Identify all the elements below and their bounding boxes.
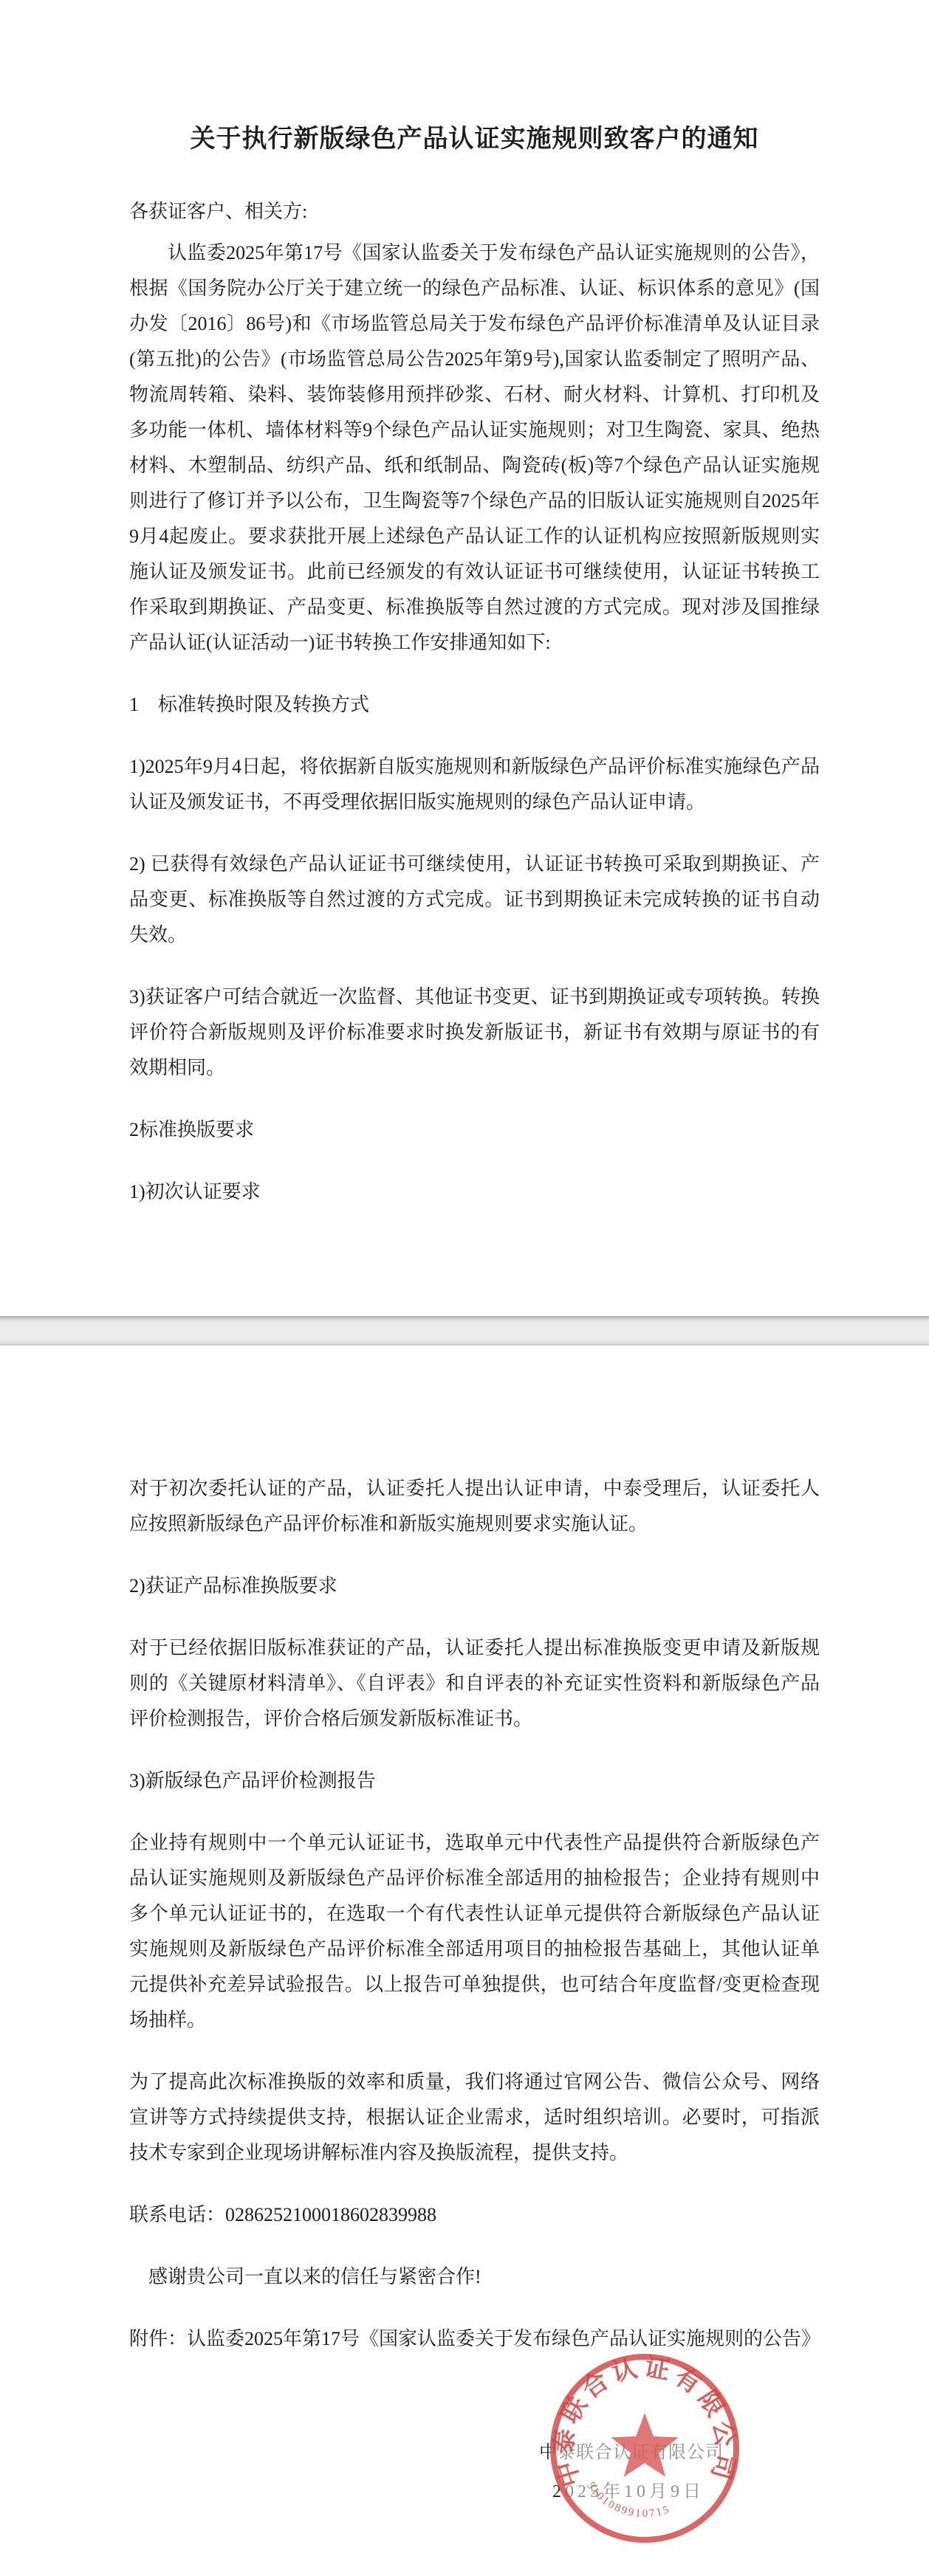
document-viewer: 关于执行新版绿色产品认证实施规则致客户的通知 各获证客户、相关方: 认监委202…	[0, 0, 929, 2576]
paragraph-intro: 认监委2025年第17号《国家认监委关于发布绿色产品认证实施规则的公告》，根据《…	[129, 235, 820, 661]
paragraph-initial-cert: 对于初次委托认证的产品，认证委托人提出认证申请，中泰受理后，认证委托人应按照新版…	[129, 1471, 820, 1542]
page-2: 对于初次委托认证的产品，认证委托人提出认证申请，中泰受理后，认证委托人应按照新版…	[0, 1346, 929, 2576]
page-1: 关于执行新版绿色产品认证实施规则致客户的通知 各获证客户、相关方: 认监委202…	[0, 0, 929, 1316]
section-heading-2: 2标准换版要求	[129, 1112, 820, 1148]
subsection-heading-standard-change: 2)获证产品标准换版要求	[129, 1568, 820, 1604]
company-seal: 中泰联合认证有限公司 5101089910715	[541, 2345, 748, 2552]
paragraph-item-2: 2) 已获得有效绿色产品认证证书可继续使用，认证证书转换可采取到期换证、产品变更…	[129, 847, 820, 953]
section-heading-1: 1 标准转换时限及转换方式	[129, 687, 820, 723]
thanks-line: 感谢贵公司一直以来的信任与紧密合作!	[129, 2259, 820, 2295]
paragraph-item-1: 1)2025年9月4日起，将依据新自版实施规则和新版绿色产品评价标准实施绿色产品…	[129, 749, 820, 820]
page-title: 关于执行新版绿色产品认证实施规则致客户的通知	[129, 122, 820, 157]
paragraph-item-3: 3)获证客户可结合就近一次监督、其他证书变更、证书到期换证或专项转换。转换评价符…	[129, 979, 820, 1086]
contact-phone: 联系电话：0286252100018602839988	[129, 2197, 820, 2233]
salutation: 各获证客户、相关方:	[129, 194, 820, 230]
paragraph-test-report: 企业持有规则中一个单元认证证书，选取单元中代表性产品提供符合新版绿色产品认证实施…	[129, 1825, 820, 2038]
subsection-heading-initial-cert: 1)初次认证要求	[129, 1174, 820, 1210]
page-break-separator	[0, 1316, 929, 1346]
paragraph-standard-change: 对于已经依据旧版标准获证的产品，认证委托人提出标准换版变更申请及新版规则的《关键…	[129, 1630, 820, 1737]
subsection-heading-test-report: 3)新版绿色产品评价检测报告	[129, 1763, 820, 1799]
paragraph-support: 为了提高此次标准换版的效率和质量，我们将通过官网公告、微信公众号、网络宣讲等方式…	[129, 2064, 820, 2171]
